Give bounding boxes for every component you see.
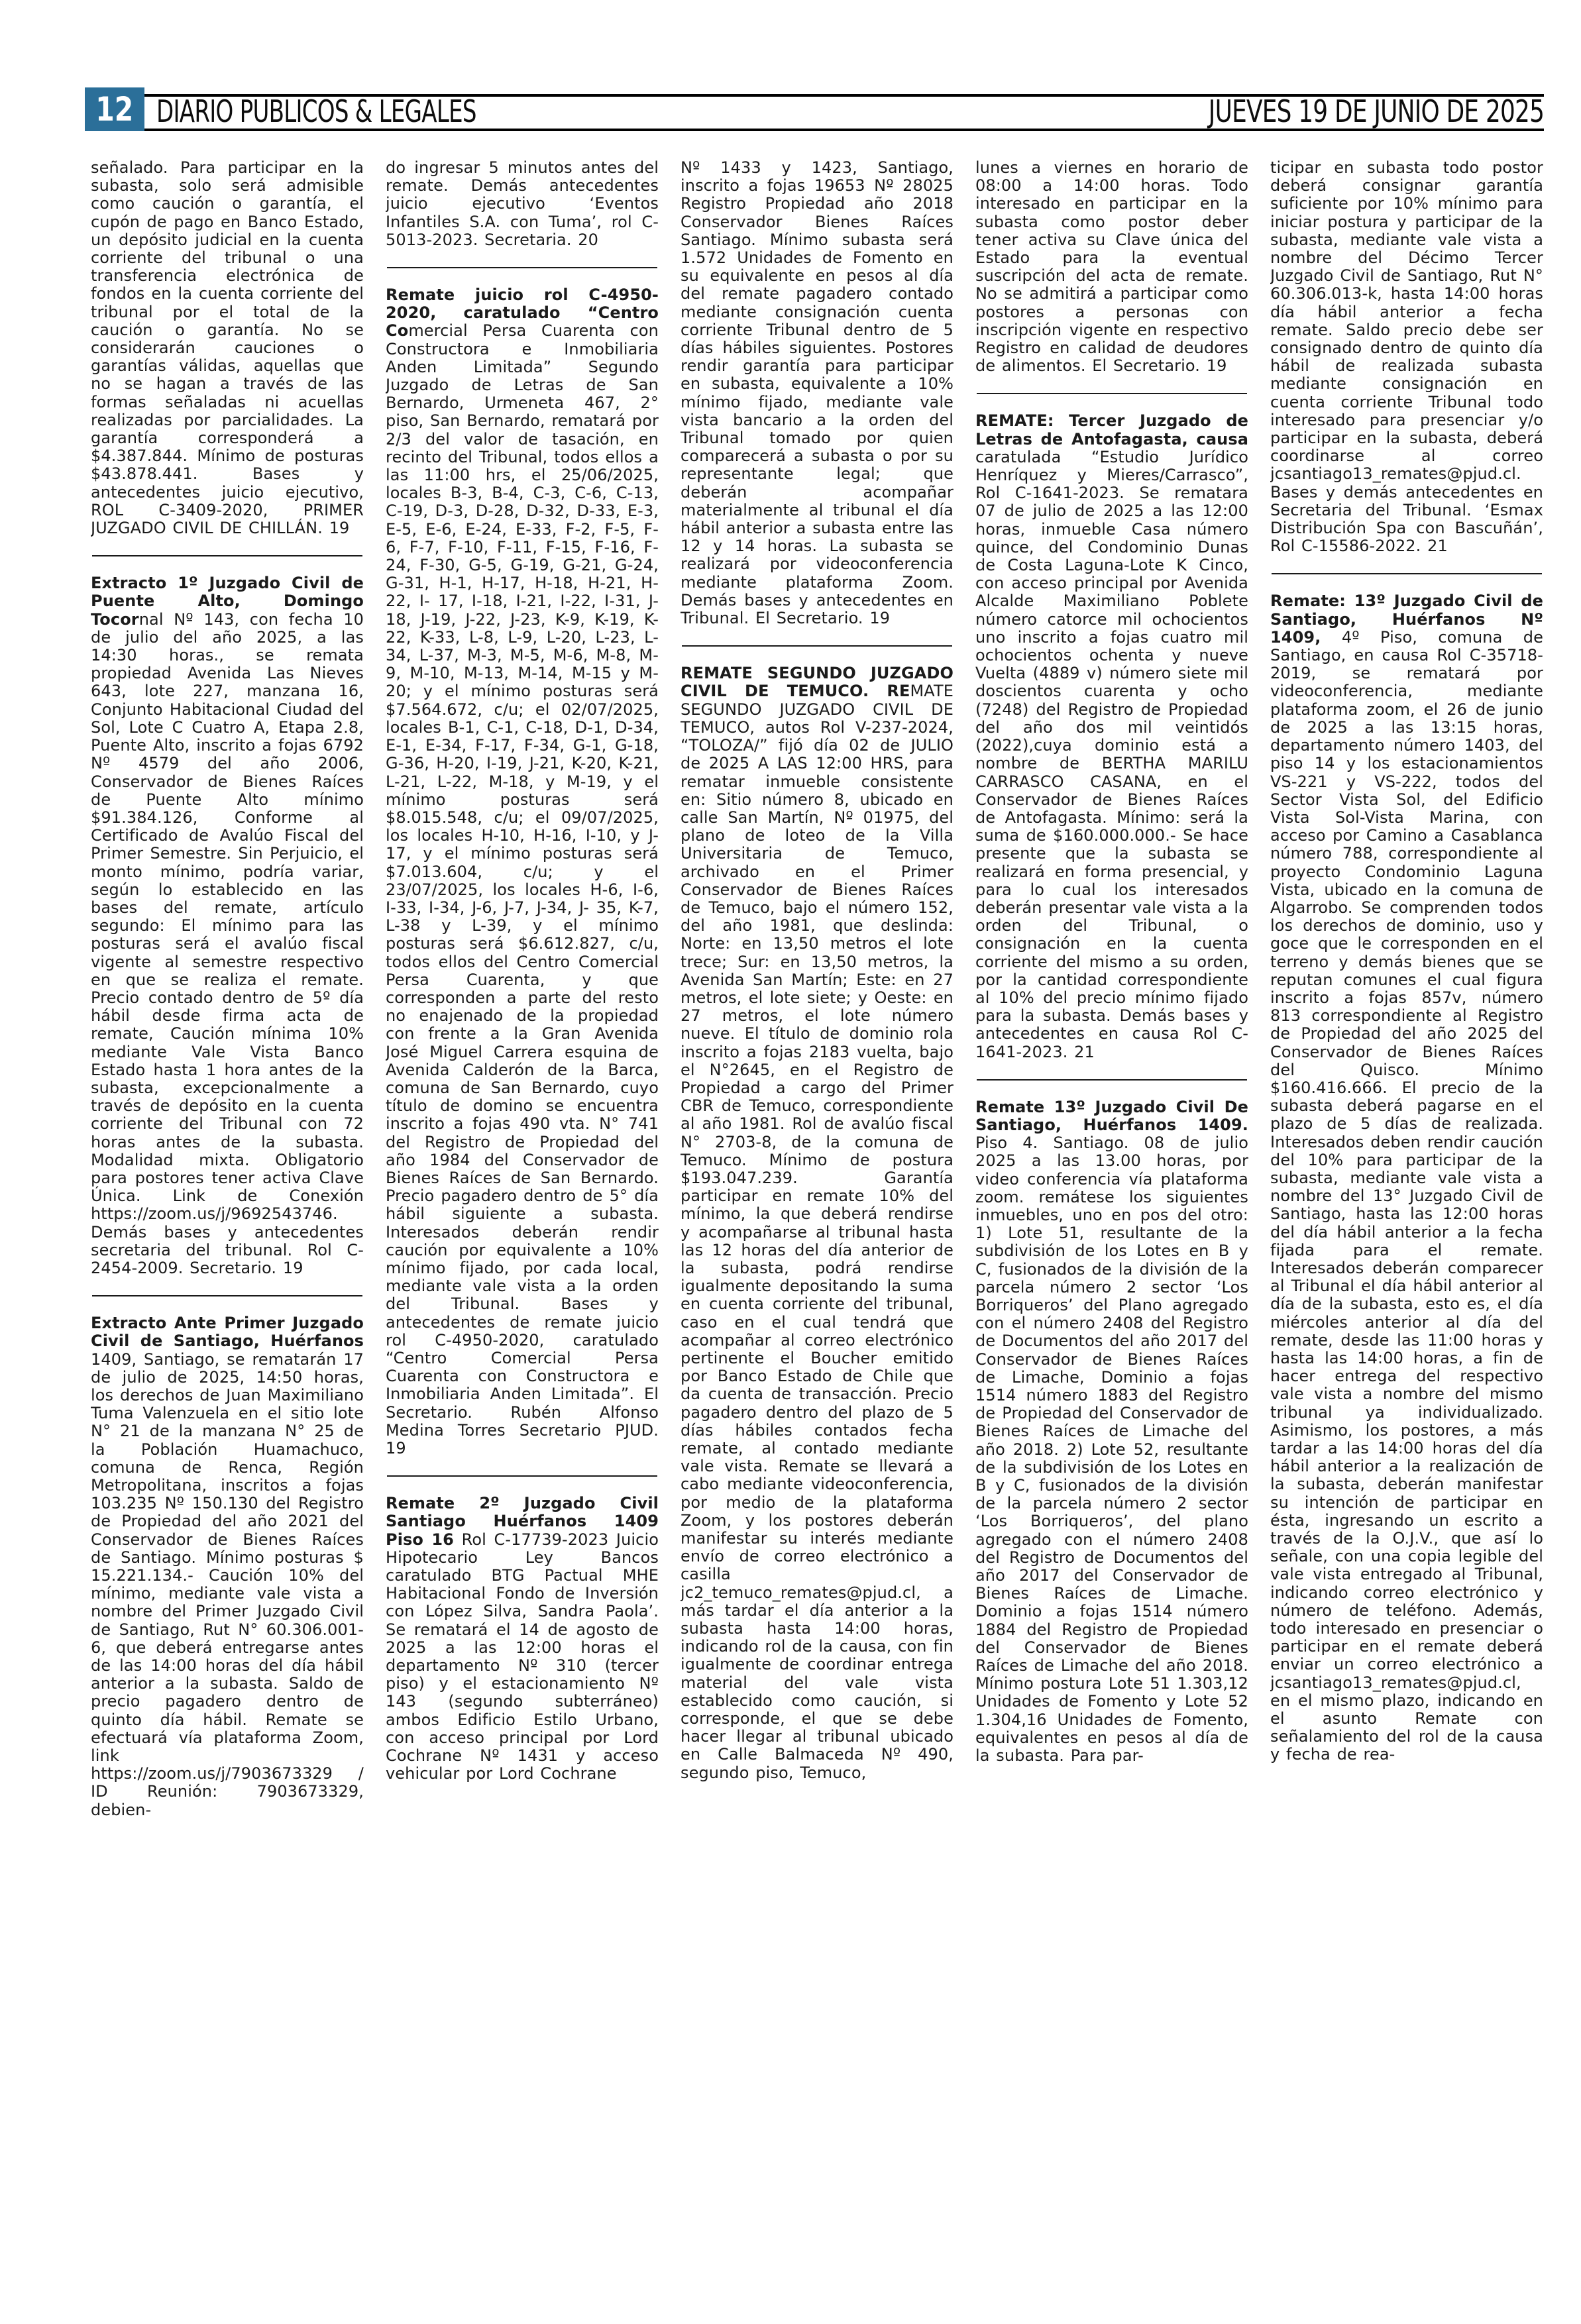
notice-continuation: ticipar en subasta todo postor deberá co… — [1270, 159, 1543, 555]
legal-notice: Extracto 1º Juzgado Civil de Puente Alto… — [91, 574, 364, 1277]
notice-text: MATE SEGUNDO JUZGADO CIVIL DE TEMUCO, au… — [681, 682, 954, 1781]
notice-divider — [1272, 573, 1542, 574]
notice-continuation: señalado. Para participar en la subasta,… — [91, 159, 364, 537]
notice-text: Rol C-17739-2023 Juicio Hipotecario Ley … — [386, 1530, 659, 1783]
notice-text: mercial Persa Cuarenta con Constructora … — [386, 321, 659, 1457]
notice-continuation: lunes a viernes en horario de 08:00 a 14… — [975, 159, 1248, 375]
notice-divider — [92, 1295, 362, 1296]
notice-divider — [92, 555, 362, 556]
notice-lead: Extracto Ante Primer Juzgado Civil de Sa… — [91, 1314, 364, 1350]
newspaper-column-1: señalado. Para participar en la subasta,… — [91, 159, 364, 2291]
page-number-badge: 12 — [85, 87, 144, 131]
newspaper-column-2: do ingresar 5 minutos antes del remate. … — [386, 159, 659, 2291]
legal-notice: Remate: 13º Juzgado Civil de Santiago, H… — [1270, 592, 1543, 1764]
notice-text: Nº 1433 y 1423, Santiago, inscrito a foj… — [681, 159, 954, 627]
notice-text: do ingresar 5 minutos antes del remate. … — [386, 159, 659, 249]
edition-date: JUEVES 19 DE JUNIO DE 2025 — [1209, 97, 1544, 126]
legal-notice: Remate 2º Juzgado Civil Santiago Huérfan… — [386, 1495, 659, 1783]
notice-text: Piso 4. Santiago. 08 de julio 2025 a las… — [975, 1134, 1248, 1765]
notice-text: caratulada “Estudio Jurídico Henríquez y… — [975, 448, 1248, 1061]
notice-divider — [682, 645, 952, 647]
notice-divider — [387, 267, 657, 268]
notice-text: 4º Piso, comuna de Santiago, en causa Ro… — [1270, 628, 1543, 1764]
notice-text: ticipar en subasta todo postor deberá co… — [1270, 159, 1543, 555]
notice-divider — [387, 1475, 657, 1477]
notice-continuation: do ingresar 5 minutos antes del remate. … — [386, 159, 659, 249]
columns: señalado. Para participar en la subasta,… — [91, 159, 1543, 2291]
notice-divider — [977, 393, 1247, 394]
newspaper-title: DIARIO PUBLICOS & LEGALES — [156, 97, 476, 126]
page-number: 12 — [95, 93, 133, 126]
legal-notice: Remate juicio rol C-4950-2020, caratulad… — [386, 286, 659, 1457]
notice-text: lunes a viernes en horario de 08:00 a 14… — [975, 159, 1248, 375]
notice-divider — [977, 1079, 1247, 1081]
notice-lead: Remate 13º Juzgado Civil De Santiago, Hu… — [975, 1098, 1248, 1134]
newspaper-column-3: Nº 1433 y 1423, Santiago, inscrito a foj… — [681, 159, 954, 2291]
newspaper-column-5: ticipar en subasta todo postor deberá co… — [1270, 159, 1543, 2291]
notice-lead: REMATE: Tercer Juzgado de Letras de Anto… — [975, 411, 1248, 448]
legal-notice: REMATE: Tercer Juzgado de Letras de Anto… — [975, 412, 1248, 1061]
notice-text: nal Nº 143, con fecha 10 de julio del añ… — [91, 610, 364, 1277]
notice-text: 1409, Santiago, se rematarán 17 de julio… — [91, 1350, 364, 1819]
notice-text: señalado. Para participar en la subasta,… — [91, 159, 364, 537]
legal-notice: REMATE SEGUNDO JUZGADO CIVIL DE TEMUCO. … — [681, 664, 954, 1782]
legal-notice: Remate 13º Juzgado Civil De Santiago, Hu… — [975, 1098, 1248, 1766]
newspaper-column-4: lunes a viernes en horario de 08:00 a 14… — [975, 159, 1248, 2291]
legal-notice: Extracto Ante Primer Juzgado Civil de Sa… — [91, 1314, 364, 1819]
notice-continuation: Nº 1433 y 1423, Santiago, inscrito a foj… — [681, 159, 954, 627]
